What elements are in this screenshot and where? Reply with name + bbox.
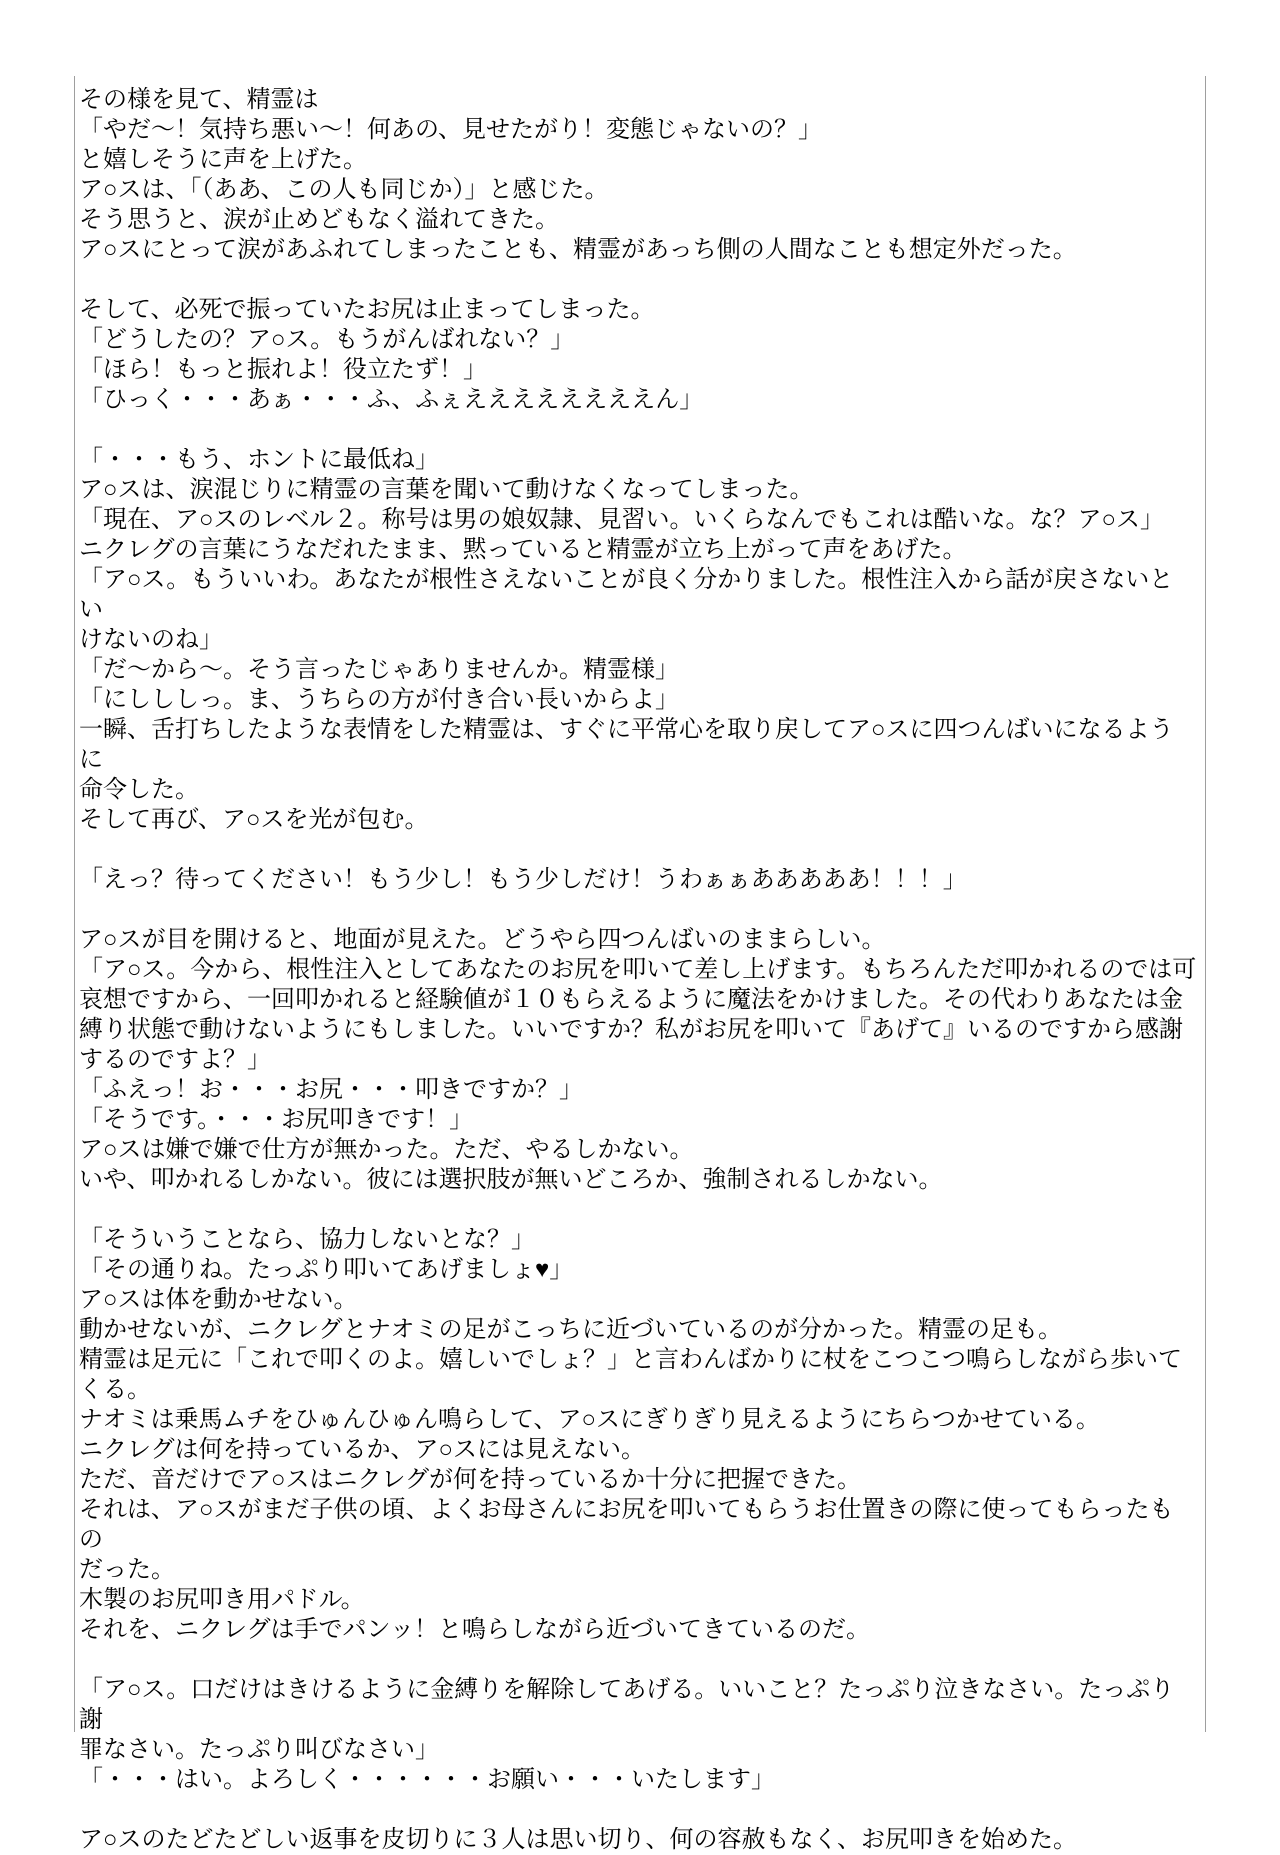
text-line: 縛り状態で動けないようにもしました。いいですか？私がお尻を叩いて『あげて』いるの… [79, 1015, 1197, 1045]
text-line: ただ、音だけでア○スはニクレグが何を持っているか十分に把握できた。 [79, 1465, 1197, 1495]
text-line: 精霊は足元に「これで叩くのよ。嬉しいでしょ？」と言わんばかりに杖をこつこつ鳴らし… [79, 1345, 1197, 1375]
text-line: その様を見て、精霊は [79, 85, 1197, 115]
text-line: 哀想ですから、一回叩かれると経験値が１０もらえるように魔法をかけました。その代わ… [79, 985, 1197, 1015]
text-line: それは、ア○スがまだ子供の頃、よくお母さんにお尻を叩いてもらうお仕置きの際に使っ… [79, 1495, 1197, 1555]
text-line: 動かせないが、ニクレグとナオミの足がこっちに近づいているのが分かった。精霊の足も… [79, 1315, 1197, 1345]
text-line: けないのね」 [79, 625, 1197, 655]
text-line: ア○スのたどたどしい返事を皮切りに３人は思い切り、何の容赦もなく、お尻叩きを始め… [79, 1825, 1197, 1855]
paragraph: 「ア○ス。口だけはきけるように金縛りを解除してあげる。いいこと？たっぷり泣きなさ… [79, 1675, 1197, 1795]
text-line: 「ふえっ！お・・・お尻・・・叩きですか？」 [79, 1075, 1197, 1105]
text-line: 「にしししっ。ま、うちらの方が付き合い長いからよ」 [79, 685, 1197, 715]
paragraph: 「・・・もう、ホントに最低ね」ア○スは、涙混じりに精霊の言葉を聞いて動けなくなっ… [79, 445, 1197, 835]
text-line: 「ひっく・・・あぁ・・・ふ、ふぇええええええええん」 [79, 385, 1197, 415]
paragraph: そして、必死で振っていたお尻は止まってしまった。「どうしたの？ア○ス。もうがんば… [79, 295, 1197, 415]
text-line: ニクレグは何を持っているか、ア○スには見えない。 [79, 1435, 1197, 1465]
text-line: 「えっ？待ってください！もう少し！もう少しだけ！うわぁぁあああああ！！！」 [79, 865, 1197, 895]
text-line: するのですよ？」 [79, 1045, 1197, 1075]
paragraph: ア○スのたどたどしい返事を皮切りに３人は思い切り、何の容赦もなく、お尻叩きを始め… [79, 1825, 1197, 1855]
text-line: ア○スは、「（ああ、この人も同じか）」と感じた。 [79, 175, 1197, 205]
text-line: ニクレグの言葉にうなだれたまま、黙っていると精霊が立ち上がって声をあげた。 [79, 535, 1197, 565]
paragraph: 「えっ？待ってください！もう少し！もう少しだけ！うわぁぁあああああ！！！」 [79, 865, 1197, 895]
text-line: 「ほら！もっと振れよ！役立たず！」 [79, 355, 1197, 385]
text-line: くる。 [79, 1375, 1197, 1405]
text-line: 「どうしたの？ア○ス。もうがんばれない？」 [79, 325, 1197, 355]
text-line: 「そうです。・・・お尻叩きです！」 [79, 1105, 1197, 1135]
text-line: 木製のお尻叩き用パドル。 [79, 1585, 1197, 1615]
text-line: 「そういうことなら、協力しないとな？」 [79, 1225, 1197, 1255]
text-line: そう思うと、涙が止めどもなく溢れてきた。 [79, 205, 1197, 235]
text-line: 「現在、ア○スのレベル２。称号は男の娘奴隷、見習い。いくらなんでもこれは酷いな。… [79, 505, 1197, 535]
paragraph: ア○スが目を開けると、地面が見えた。どうやら四つんばいのままらしい。「ア○ス。今… [79, 925, 1197, 1195]
text-line: 「ア○ス。もういいわ。あなたが根性さえないことが良く分かりました。根性注入から話… [79, 565, 1197, 625]
text-line: ア○スは体を動かせない。 [79, 1285, 1197, 1315]
text-line: 罪なさい。たっぷり叫びなさい」 [79, 1735, 1197, 1765]
text-line: ア○スが目を開けると、地面が見えた。どうやら四つんばいのままらしい。 [79, 925, 1197, 955]
text-line: 「その通りね。たっぷり叩いてあげましょ♥」 [79, 1255, 1197, 1285]
text-line: ア○スは嫌で嫌で仕方が無かった。ただ、やるしかない。 [79, 1135, 1197, 1165]
text-line: それを、ニクレグは手でパンッ！と鳴らしながら近づいてきているのだ。 [79, 1615, 1197, 1645]
text-line: と嬉しそうに声を上げた。 [79, 145, 1197, 175]
text-line: いや、叩かれるしかない。彼には選択肢が無いどころか、強制されるしかない。 [79, 1165, 1197, 1195]
text-line: だった。 [79, 1555, 1197, 1585]
paragraph: その様を見て、精霊は「やだ～！気持ち悪い～！何あの、見せたがり！変態じゃないの？… [79, 85, 1197, 265]
text-line: 「ア○ス。今から、根性注入としてあなたのお尻を叩いて差し上げます。もちろんただ叩… [79, 955, 1197, 985]
text-line: 「・・・もう、ホントに最低ね」 [79, 445, 1197, 475]
text-line: そして再び、ア○スを光が包む。 [79, 805, 1197, 835]
text-line: 「やだ～！気持ち悪い～！何あの、見せたがり！変態じゃないの？」 [79, 115, 1197, 145]
text-line: ア○スは、涙混じりに精霊の言葉を聞いて動けなくなってしまった。 [79, 475, 1197, 505]
text-line: 「ア○ス。口だけはきけるように金縛りを解除してあげる。いいこと？たっぷり泣きなさ… [79, 1675, 1197, 1735]
text-line: ア○スにとって涙があふれてしまったことも、精霊があっち側の人間なことも想定外だっ… [79, 235, 1197, 265]
text-line: 「だ～から～。そう言ったじゃありませんか。精霊様」 [79, 655, 1197, 685]
paragraph: 「そういうことなら、協力しないとな？」「その通りね。たっぷり叩いてあげましょ♥」… [79, 1225, 1197, 1645]
text-line: そして、必死で振っていたお尻は止まってしまった。 [79, 295, 1197, 325]
text-line: 一瞬、舌打ちしたような表情をした精霊は、すぐに平常心を取り戻してア○スに四つんば… [79, 715, 1197, 775]
novel-text-frame: その様を見て、精霊は「やだ～！気持ち悪い～！何あの、見せたがり！変態じゃないの？… [74, 76, 1206, 1732]
text-line: 命令した。 [79, 775, 1197, 805]
text-line: 「・・・はい。よろしく・・・・・・お願い・・・いたします」 [79, 1765, 1197, 1795]
text-line: ナオミは乗馬ムチをひゅんひゅん鳴らして、ア○スにぎりぎり見えるようにちらつかせて… [79, 1405, 1197, 1435]
